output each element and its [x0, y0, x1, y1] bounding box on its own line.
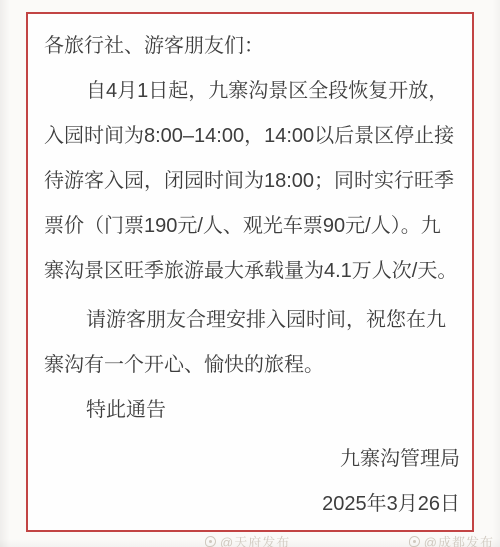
closing-line: 特此通告 — [44, 388, 460, 433]
weibo-watermark-icon — [205, 536, 216, 547]
watermark-left: @天府发布 — [205, 531, 290, 547]
salutation-line: 各旅行社、游客朋友们： — [44, 24, 460, 69]
date-line: 2025年3月26日 — [44, 482, 460, 527]
notice-line: 票价（门票190元/人、观光车票90元/人）。九 — [44, 204, 460, 249]
notice-photo: { "notice": { "border_color": "#c24444",… — [0, 0, 500, 547]
notice-line: 自4月1日起，九寨沟景区全段恢复开放， — [44, 69, 460, 114]
notice-line: 请游客朋友合理安排入园时间，祝您在九 — [44, 298, 460, 343]
notice-line: 待游客入园，闭园时间为18:00；同时实行旺季 — [44, 159, 460, 204]
weibo-watermark-icon — [409, 536, 420, 547]
notice-line: 入园时间为8:00–14:00，14:00以后景区停止接 — [44, 114, 460, 159]
watermark-left-text: @天府发布 — [220, 532, 290, 547]
notice-body: 各旅行社、游客朋友们： 自4月1日起，九寨沟景区全段恢复开放， 入园时间为8:0… — [44, 24, 460, 527]
notice-border-frame: 各旅行社、游客朋友们： 自4月1日起，九寨沟景区全段恢复开放， 入园时间为8:0… — [26, 12, 474, 532]
watermark-right-text: @成都发布 — [424, 532, 494, 547]
watermark-right: @成都发布 — [409, 531, 494, 547]
notice-line: 寨沟景区旺季旅游最大承载量为4.1万人次/天。 — [44, 249, 460, 294]
notice-line: 寨沟有一个开心、愉快的旅程。 — [44, 343, 460, 388]
signature-line: 九寨沟管理局 — [44, 437, 460, 482]
